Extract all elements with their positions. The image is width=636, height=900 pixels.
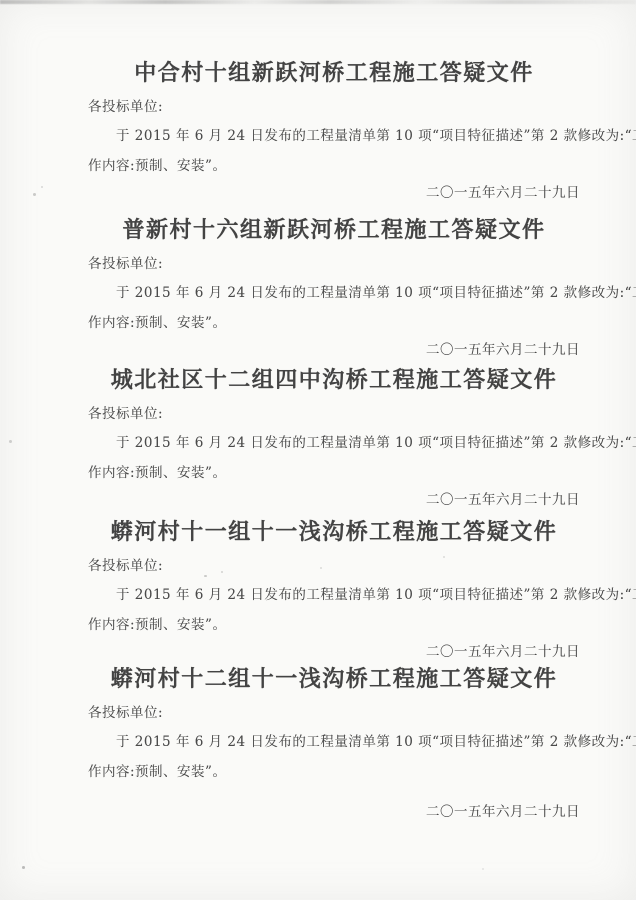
scan-dust-speck <box>482 868 484 870</box>
doc-title: 蟒河村十二组十一浅沟桥工程施工答疑文件 <box>88 662 580 693</box>
date-line: 二〇一五年六月二十九日 <box>88 184 580 202</box>
doc-title: 普新村十六组新跃河桥工程施工答疑文件 <box>88 213 580 244</box>
salutation: 各投标单位: <box>88 704 580 722</box>
body-line-1: 于 2015 年 6 月 24 日发布的工程量清单第 10 项“项目特征描述”第… <box>88 434 580 452</box>
doc-title: 城北社区十二组四中沟桥工程施工答疑文件 <box>88 363 580 394</box>
body-line-1: 于 2015 年 6 月 24 日发布的工程量清单第 10 项“项目特征描述”第… <box>88 586 580 604</box>
answer-doc-section-3: 城北社区十二组四中沟桥工程施工答疑文件 各投标单位: 于 2015 年 6 月 … <box>88 363 580 513</box>
answer-doc-section-1: 中合村十组新跃河桥工程施工答疑文件 各投标单位: 于 2015 年 6 月 24… <box>88 56 580 206</box>
answer-doc-section-2: 普新村十六组新跃河桥工程施工答疑文件 各投标单位: 于 2015 年 6 月 2… <box>88 213 580 363</box>
scan-dust-speck <box>33 193 36 196</box>
date-line: 二〇一五年六月二十九日 <box>88 491 580 509</box>
body-line-2: 作内容:预制、安装”。 <box>88 763 580 781</box>
answer-doc-section-4: 蟒河村十一组十一浅沟桥工程施工答疑文件 各投标单位: 于 2015 年 6 月 … <box>88 515 580 665</box>
scanned-document-page: 中合村十组新跃河桥工程施工答疑文件 各投标单位: 于 2015 年 6 月 24… <box>0 0 636 900</box>
body-line-2: 作内容:预制、安装”。 <box>88 157 580 175</box>
doc-title: 蟒河村十一组十一浅沟桥工程施工答疑文件 <box>88 515 580 546</box>
salutation: 各投标单位: <box>88 405 580 423</box>
scan-dust-speck <box>41 186 43 188</box>
body-line-1: 于 2015 年 6 月 24 日发布的工程量清单第 10 项“项目特征描述”第… <box>88 284 580 302</box>
date-line: 二〇一五年六月二十九日 <box>88 341 580 359</box>
body-line-2: 作内容:预制、安装”。 <box>88 314 580 332</box>
salutation: 各投标单位: <box>88 255 580 273</box>
salutation: 各投标单位: <box>88 557 580 575</box>
scan-dust-speck <box>9 440 12 443</box>
doc-title: 中合村十组新跃河桥工程施工答疑文件 <box>88 56 580 87</box>
body-line-2: 作内容:预制、安装”。 <box>88 464 580 482</box>
answer-doc-section-5: 蟒河村十二组十一浅沟桥工程施工答疑文件 各投标单位: 于 2015 年 6 月 … <box>88 662 580 812</box>
date-line: 二〇一五年六月二十九日 <box>88 803 580 821</box>
body-line-1: 于 2015 年 6 月 24 日发布的工程量清单第 10 项“项目特征描述”第… <box>88 733 580 751</box>
scan-dust-speck <box>22 866 25 869</box>
body-line-1: 于 2015 年 6 月 24 日发布的工程量清单第 10 项“项目特征描述”第… <box>88 127 580 145</box>
salutation: 各投标单位: <box>88 98 580 116</box>
body-line-2: 作内容:预制、安装”。 <box>88 616 580 634</box>
scanner-edge-artifact <box>0 0 636 4</box>
date-line: 二〇一五年六月二十九日 <box>88 643 580 661</box>
